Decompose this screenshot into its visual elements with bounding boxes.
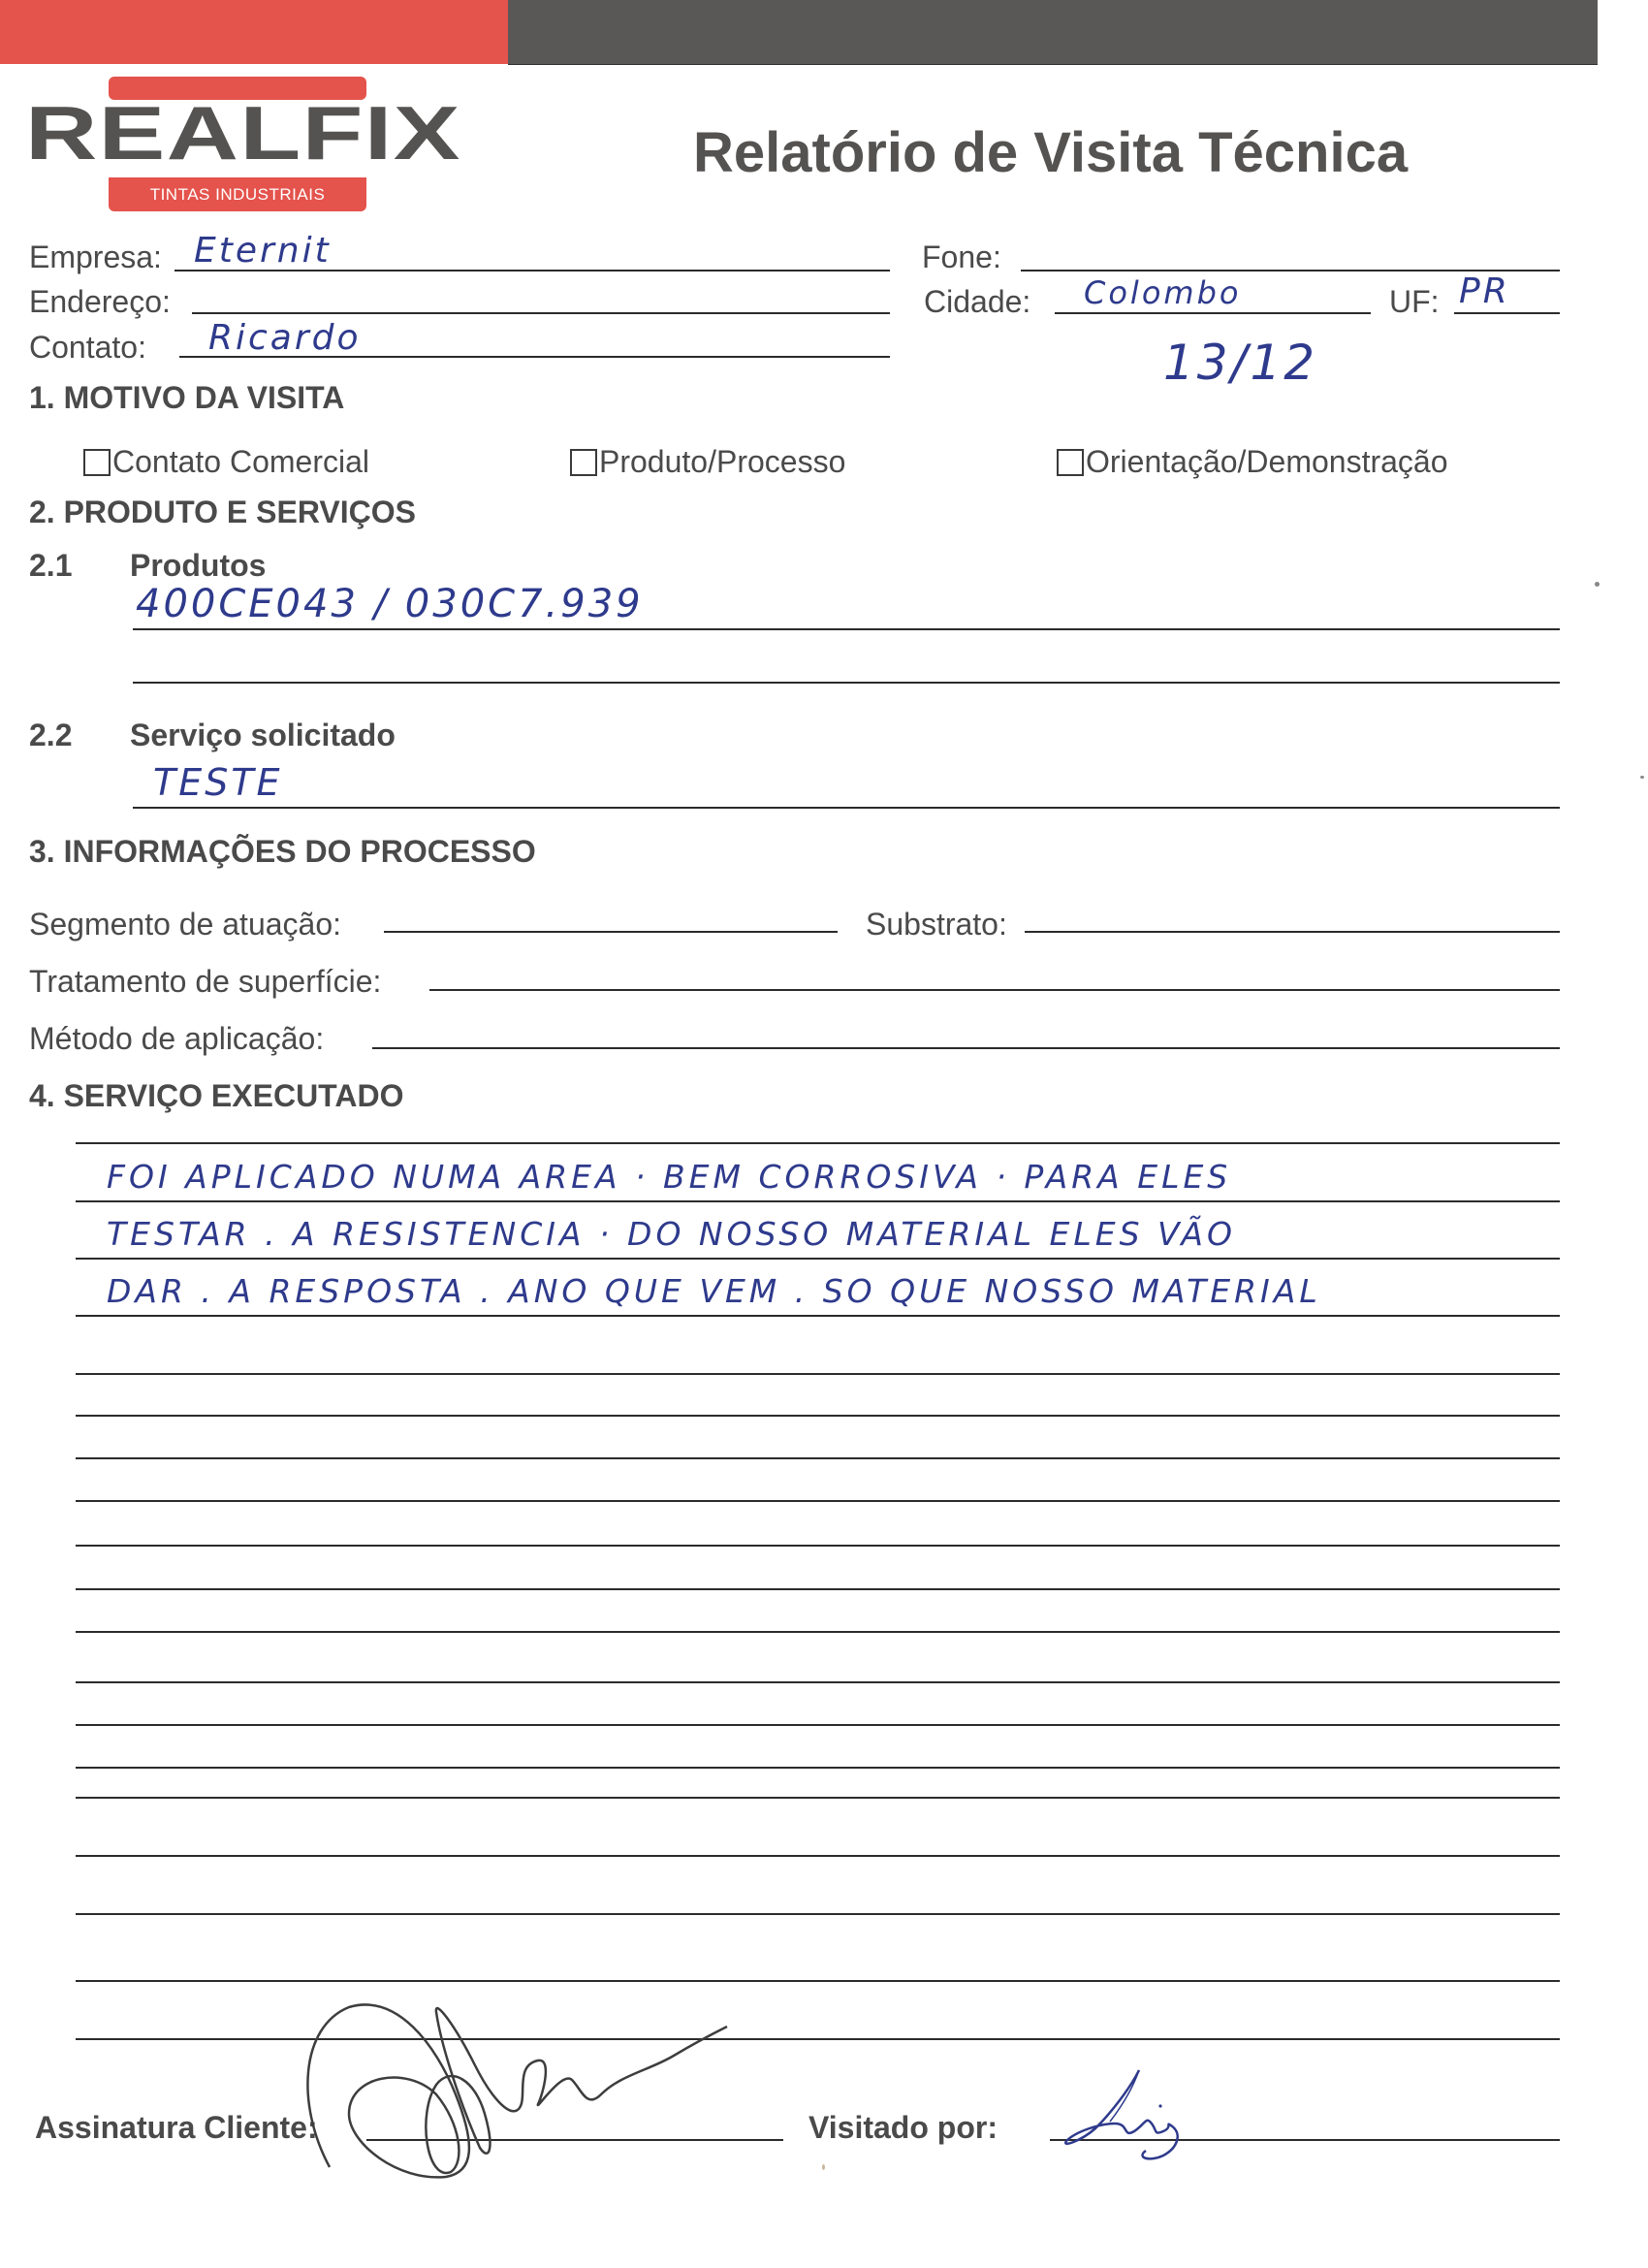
ruled-line [76, 1373, 1560, 1375]
ruled-line [76, 1258, 1560, 1260]
produtos-field-1[interactable]: 400CE043 / 030C7.939 [136, 582, 644, 626]
option-label: Contato Comercial [112, 444, 369, 480]
ruled-line [76, 1415, 1560, 1417]
section3-heading: 3. INFORMAÇÕES DO PROCESSO [29, 834, 536, 870]
empresa-field[interactable]: Eternit [194, 231, 332, 271]
servico-label: Serviço solicitado [130, 718, 396, 753]
tratamento-label: Tratamento de superfície: [29, 964, 381, 1000]
option-label: Produto/Processo [599, 444, 845, 480]
checkbox[interactable] [1057, 449, 1084, 476]
client-signature [291, 1988, 737, 2182]
ruled-line [76, 1457, 1560, 1459]
visit-date-handwritten: 13/12 [1163, 335, 1317, 391]
ruled-line [76, 1315, 1560, 1317]
fone-label: Fone: [922, 240, 1001, 275]
option-orientacao-demonstracao[interactable]: Orientação/Demonstração [1057, 444, 1448, 480]
empresa-label: Empresa: [29, 240, 162, 275]
checkbox[interactable] [570, 449, 597, 476]
produtos-line-1 [133, 628, 1560, 630]
cidade-field[interactable]: Colombo [1084, 274, 1241, 311]
servico-number: 2.2 [29, 718, 72, 753]
assinatura-cliente-label: Assinatura Cliente: [35, 2110, 318, 2146]
uf-label: UF: [1389, 284, 1440, 320]
section4-heading: 4. SERVIÇO EXECUTADO [29, 1078, 403, 1114]
page-title: Relatório de Visita Técnica [693, 120, 1408, 185]
ruled-line [76, 1588, 1560, 1590]
scan-speck [1640, 776, 1644, 779]
checkbox[interactable] [83, 449, 111, 476]
servico-executado-line-text[interactable]: TESTAR . A RESISTENCIA · DO NOSSO MATERI… [107, 1215, 1236, 1253]
option-contato-comercial[interactable]: Contato Comercial [83, 444, 369, 480]
servico-executado-line-text[interactable]: FOI APLICADO NUMA AREA · BEM CORROSIVA ·… [107, 1158, 1231, 1196]
ruled-line [76, 1631, 1560, 1633]
produtos-line-2 [133, 682, 1560, 684]
contato-label: Contato: [29, 330, 146, 366]
section1-heading: 1. MOTIVO DA VISITA [29, 380, 344, 416]
section2-heading: 2. PRODUTO E SERVIÇOS [29, 495, 416, 530]
substrato-line [1025, 931, 1560, 933]
header-band-red [0, 0, 508, 64]
metodo-label: Método de aplicação: [29, 1021, 324, 1057]
option-produto-processo[interactable]: Produto/Processo [570, 444, 845, 480]
segmento-line [384, 931, 838, 933]
uf-line [1454, 312, 1560, 314]
endereco-line [192, 312, 890, 314]
uf-field[interactable]: PR [1459, 272, 1510, 311]
metodo-line [372, 1047, 1560, 1049]
visitado-por-label: Visitado por: [808, 2110, 998, 2146]
ruled-line [76, 1797, 1560, 1799]
segmento-label: Segmento de atuação: [29, 907, 341, 942]
ruled-line [76, 1142, 1560, 1144]
cidade-line [1055, 312, 1371, 314]
ruled-line [76, 1200, 1560, 1202]
ruled-line [76, 1681, 1560, 1683]
logo-wordmark: REALFIX [25, 95, 461, 171]
scan-speck [822, 2164, 825, 2170]
produtos-number: 2.1 [29, 548, 72, 584]
ruled-line [76, 1767, 1560, 1769]
ruled-line [76, 1500, 1560, 1502]
ruled-line [76, 1545, 1560, 1547]
servico-executado-line-text[interactable]: DAR . A RESPOSTA . ANO QUE VEM . SO QUE … [107, 1272, 1321, 1310]
cidade-label: Cidade: [924, 284, 1030, 320]
produtos-label: Produtos [130, 548, 266, 584]
option-label: Orientação/Demonstração [1086, 444, 1448, 480]
ruled-line [76, 1980, 1560, 1982]
header-band-dark [508, 0, 1598, 65]
scan-speck [1595, 582, 1600, 587]
ruled-line [76, 1724, 1560, 1726]
visitor-signature [1057, 2056, 1231, 2172]
substrato-label: Substrato: [866, 907, 1007, 942]
servico-line [133, 807, 1560, 809]
logo-tagline: TINTAS INDUSTRIAIS [109, 177, 366, 211]
ruled-line [76, 1913, 1560, 1915]
tratamento-line [429, 989, 1560, 991]
servico-field[interactable]: TESTE [153, 761, 283, 804]
contato-field[interactable]: Ricardo [208, 318, 362, 358]
endereco-label: Endereço: [29, 284, 171, 320]
ruled-line [76, 1855, 1560, 1857]
